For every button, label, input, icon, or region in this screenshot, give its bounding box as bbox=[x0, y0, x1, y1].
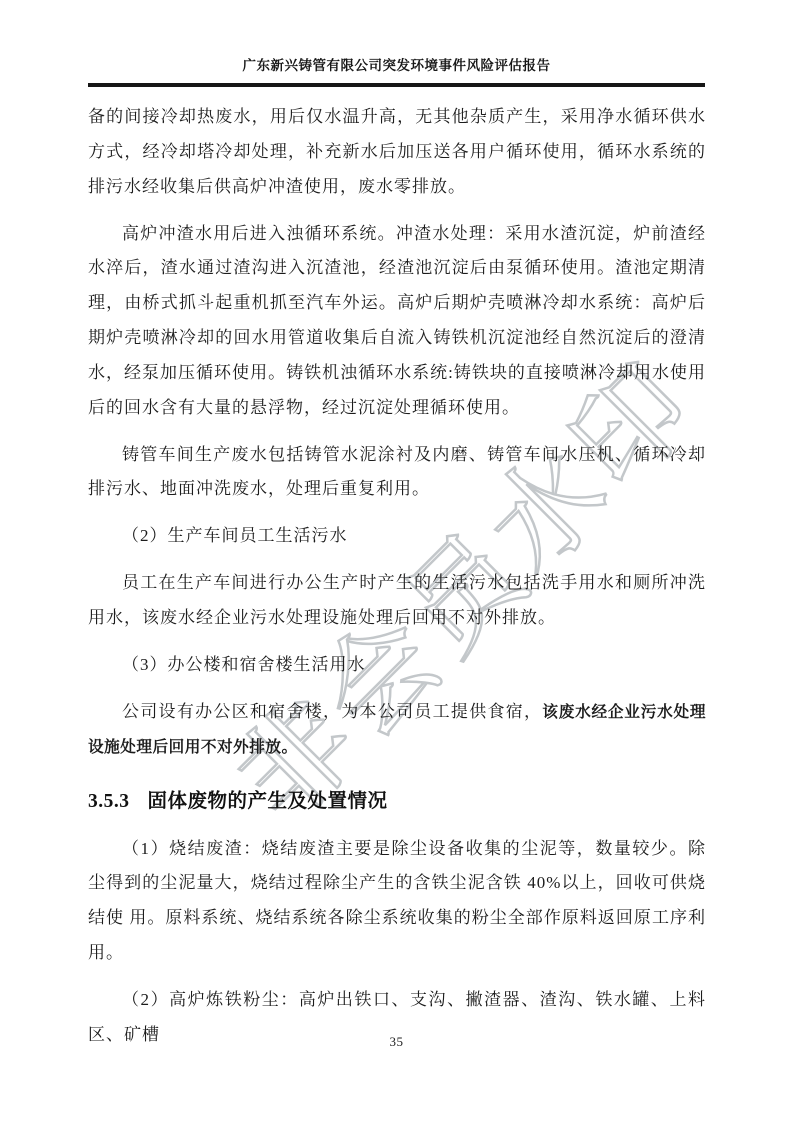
document-body: 备的间接冷却热废水，用后仅水温升高，无其他杂质产生，采用净水循环供水方式，经冷却… bbox=[88, 100, 706, 1053]
section-title: 固体废物的产生及处置情况 bbox=[148, 790, 388, 812]
section-heading: 3.5.3固体废物的产生及处置情况 bbox=[88, 788, 706, 815]
page-number: 35 bbox=[0, 1034, 793, 1050]
report-page: 广东新兴铸管有限公司突发环境事件风险评估报告 非会员水印 备的间接冷却热废水，用… bbox=[0, 0, 793, 1122]
list-item-3-office-dormitory-water: （3）办公楼和宿舍楼生活用水 bbox=[88, 648, 706, 683]
body-paragraph-cooling-water: 备的间接冷却热废水，用后仅水温升高，无其他杂质产生，采用净水循环供水方式，经冷却… bbox=[88, 100, 706, 205]
header-rule bbox=[88, 83, 705, 87]
body-paragraph-sintering-slag: （1）烧结废渣：烧结废渣主要是除尘设备收集的尘泥等，数量较少。除尘得到的尘泥量大… bbox=[88, 832, 706, 971]
body-paragraph-office-dormitory: 公司设有办公区和宿舍楼，为本公司员工提供食宿，该废水经企业污水处理设施处理后回用… bbox=[88, 695, 706, 765]
body-paragraph-pipe-workshop-wastewater: 铸管车间生产废水包括铸管水泥涂衬及内磨、铸管车间水压机、循环冷却排污水、地面冲洗… bbox=[88, 438, 706, 508]
paragraph-text: 公司设有办公区和宿舍楼，为本公司员工提供食宿， bbox=[122, 702, 542, 721]
section-number: 3.5.3 bbox=[88, 791, 130, 812]
list-item-2-domestic-sewage: （2）生产车间员工生活污水 bbox=[88, 519, 706, 554]
report-header-title: 广东新兴铸管有限公司突发环境事件风险评估报告 bbox=[88, 54, 705, 74]
body-paragraph-employee-sewage: 员工在生产车间进行办公生产时产生的生活污水包括洗手用水和厕所冲洗用水，该废水经企… bbox=[88, 566, 706, 636]
body-paragraph-slag-water-system: 高炉冲渣水用后进入浊循环系统。冲渣水处理：采用水渣沉淀，炉前渣经水淬后，渣水通过… bbox=[88, 217, 706, 426]
